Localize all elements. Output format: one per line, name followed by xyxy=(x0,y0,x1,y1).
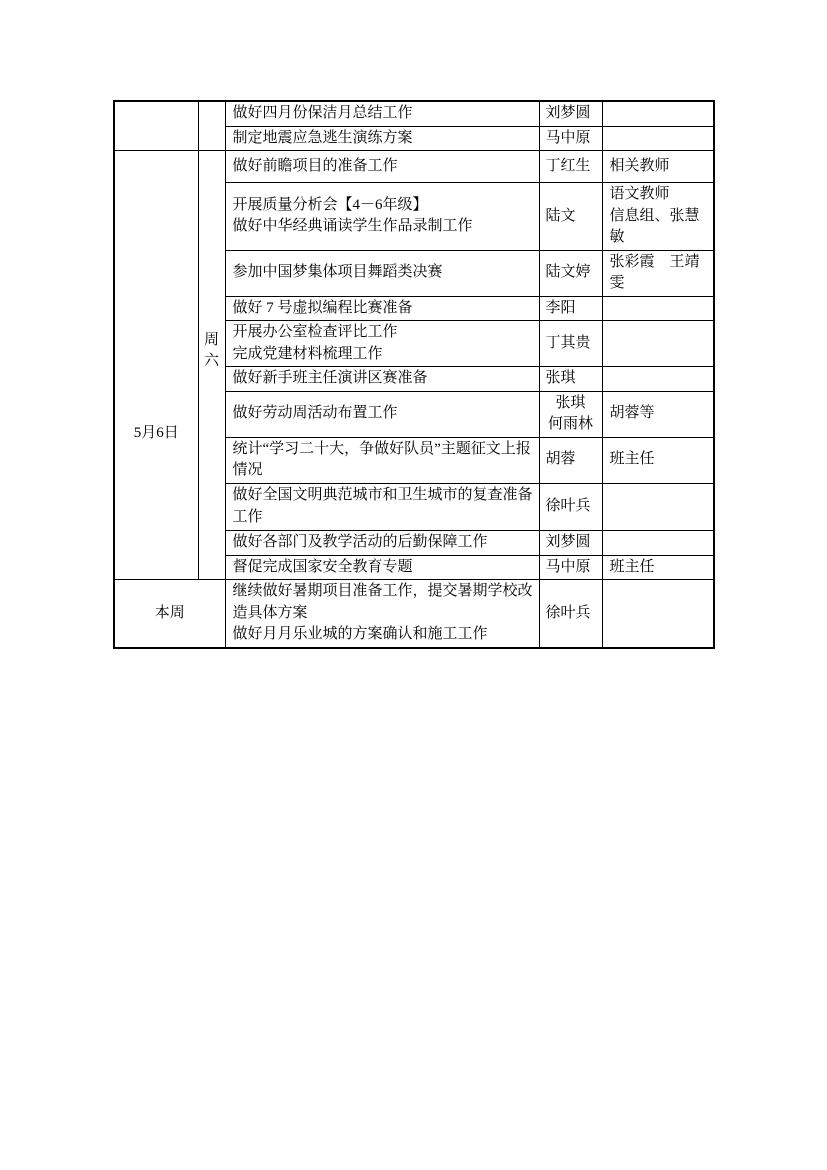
assist-cell xyxy=(602,321,714,367)
weekday-cell xyxy=(198,101,225,151)
assist-cell xyxy=(602,126,714,151)
task-cell: 开展办公室检查评比工作 完成党建材料梳理工作 xyxy=(225,321,539,367)
lead-cell: 刘梦圆 xyxy=(539,530,602,555)
week-label-cell: 本周 xyxy=(114,580,225,648)
assist-cell: 语文教师 信息组、张慧敏 xyxy=(602,183,714,251)
assist-cell: 班主任 xyxy=(602,437,714,483)
assist-cell: 班主任 xyxy=(602,555,714,580)
task-cell: 做好全国文明典范城市和卫生城市的复查准备工作 xyxy=(225,483,539,530)
date-cell: 5月6日 xyxy=(114,151,198,580)
lead-cell: 马中原 xyxy=(539,555,602,580)
lead-cell: 李阳 xyxy=(539,296,602,321)
lead-cell: 张琪 xyxy=(539,367,602,392)
lead-cell: 陆文 xyxy=(539,183,602,251)
task-cell: 做好四月份保洁月总结工作 xyxy=(225,101,539,126)
task-cell: 统计“学习二十大，争做好队员”主题征文上报情况 xyxy=(225,437,539,483)
assist-cell xyxy=(602,101,714,126)
assist-cell xyxy=(602,483,714,530)
weekday-cell: 周六 xyxy=(198,151,225,580)
task-cell: 做好劳动周活动布置工作 xyxy=(225,391,539,437)
task-cell: 做好 7 号虚拟编程比赛准备 xyxy=(225,296,539,321)
lead-cell: 丁红生 xyxy=(539,151,602,183)
assist-cell xyxy=(602,367,714,392)
task-cell: 开展质量分析会【4－6年级】 做好中华经典诵读学生作品录制工作 xyxy=(225,183,539,251)
date-cell xyxy=(114,101,198,151)
task-cell: 做好各部门及教学活动的后勤保障工作 xyxy=(225,530,539,555)
task-cell: 继续做好暑期项目准备工作，提交暑期学校改造具体方案 做好月月乐业城的方案确认和施… xyxy=(225,580,539,648)
lead-cell: 陆文婷 xyxy=(539,250,602,296)
lead-cell: 徐叶兵 xyxy=(539,580,602,648)
assist-cell xyxy=(602,580,714,648)
assist-cell: 相关教师 xyxy=(602,151,714,183)
assist-cell xyxy=(602,296,714,321)
task-cell: 做好前瞻项目的准备工作 xyxy=(225,151,539,183)
lead-cell: 张琪 何雨林 xyxy=(539,391,602,437)
table-row: 做好四月份保洁月总结工作刘梦圆 xyxy=(114,101,714,126)
table-row: 本周继续做好暑期项目准备工作，提交暑期学校改造具体方案 做好月月乐业城的方案确认… xyxy=(114,580,714,648)
task-cell: 参加中国梦集体项目舞蹈类决赛 xyxy=(225,250,539,296)
weekly-work-schedule-table: 做好四月份保洁月总结工作刘梦圆制定地震应急逃生演练方案马中原5月6日周六做好前瞻… xyxy=(113,100,715,649)
task-cell: 制定地震应急逃生演练方案 xyxy=(225,126,539,151)
lead-cell: 胡蓉 xyxy=(539,437,602,483)
task-cell: 督促完成国家安全教育专题 xyxy=(225,555,539,580)
weekday-text: 周六 xyxy=(204,330,219,373)
table-row: 5月6日周六做好前瞻项目的准备工作丁红生相关教师 xyxy=(114,151,714,183)
task-cell: 做好新手班主任演讲区赛准备 xyxy=(225,367,539,392)
assist-cell: 张彩霞 王靖雯 xyxy=(602,250,714,296)
document-page: 做好四月份保洁月总结工作刘梦圆制定地震应急逃生演练方案马中原5月6日周六做好前瞻… xyxy=(0,0,827,1170)
lead-cell: 徐叶兵 xyxy=(539,483,602,530)
lead-cell: 刘梦圆 xyxy=(539,101,602,126)
lead-cell: 丁其贵 xyxy=(539,321,602,367)
assist-cell: 胡蓉等 xyxy=(602,391,714,437)
assist-cell xyxy=(602,530,714,555)
lead-cell: 马中原 xyxy=(539,126,602,151)
